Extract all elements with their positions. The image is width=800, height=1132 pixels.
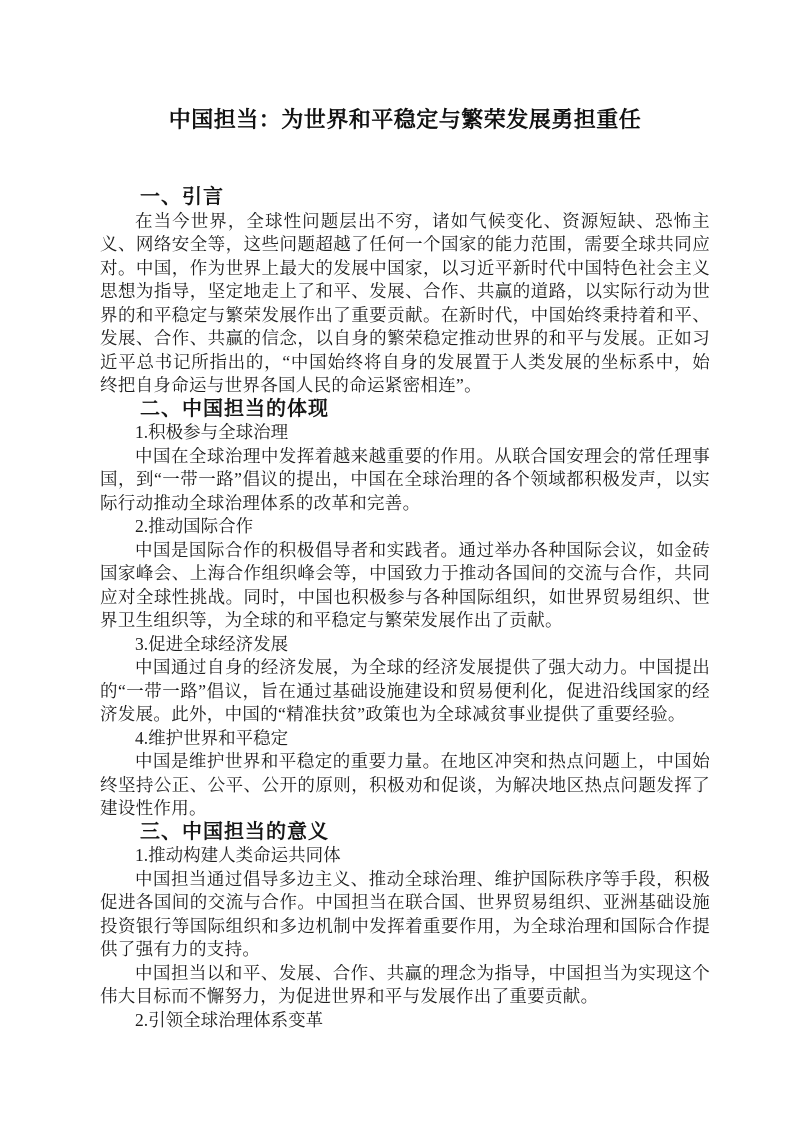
document-content: 中国担当：为世界和平稳定与繁荣发展勇担重任 一、引言 在当今世界，全球性问题层出… <box>0 0 800 1032</box>
section-significance: 三、中国担当的意义 1.推动构建人类命运共同体 中国担当通过倡导多边主义、推动全… <box>100 821 710 1033</box>
subsection-international-cooperation: 2.推动国际合作 中国是国际合作的积极倡导者和实践者。通过举办各种国际会议，如金… <box>100 515 710 633</box>
subsection-heading: 4.维护世界和平稳定 <box>100 727 710 751</box>
body-paragraph: 中国在全球治理中发挥着越来越重要的作用。从联合国安理会的常任理事国，到“一带一路… <box>100 445 710 516</box>
document-title: 中国担当：为世界和平稳定与繁荣发展勇担重任 <box>100 104 710 136</box>
subsection-heading: 2.推动国际合作 <box>100 515 710 539</box>
body-paragraph: 中国通过自身的经济发展，为全球的经济发展提供了强大动力。中国提出的“一带一路”倡… <box>100 656 710 727</box>
subsection-heading: 3.促进全球经济发展 <box>100 633 710 657</box>
body-paragraph: 中国是维护世界和平稳定的重要力量。在地区冲突和热点问题上，中国始终坚持公正、公平… <box>100 750 710 821</box>
section-heading-introduction: 一、引言 <box>100 186 710 210</box>
subsection-world-peace: 4.维护世界和平稳定 中国是维护世界和平稳定的重要力量。在地区冲突和热点问题上，… <box>100 727 710 821</box>
section-introduction: 一、引言 在当今世界，全球性问题层出不穷，诸如气候变化、资源短缺、恐怖主义、网络… <box>100 186 710 398</box>
subsection-heading: 1.推动构建人类命运共同体 <box>100 844 710 868</box>
subsection-global-governance: 1.积极参与全球治理 中国在全球治理中发挥着越来越重要的作用。从联合国安理会的常… <box>100 421 710 515</box>
body-paragraph: 中国担当以和平、发展、合作、共赢的理念为指导，中国担当为实现这个伟大目标而不懈努… <box>100 962 710 1009</box>
body-paragraph: 中国担当通过倡导多边主义、推动全球治理、维护国际秩序等手段，积极促进各国间的交流… <box>100 868 710 962</box>
body-paragraph: 中国是国际合作的积极倡导者和实践者。通过举办各种国际会议，如金砖国家峰会、上海合… <box>100 539 710 633</box>
subsection-community-common-destiny: 1.推动构建人类命运共同体 中国担当通过倡导多边主义、推动全球治理、维护国际秩序… <box>100 844 710 1009</box>
section-heading-significance: 三、中国担当的意义 <box>100 821 710 845</box>
subsection-heading: 1.积极参与全球治理 <box>100 421 710 445</box>
subsection-governance-reform: 2.引领全球治理体系变革 <box>100 1009 710 1033</box>
document-page: 中国担当：为世界和平稳定与繁荣发展勇担重任 一、引言 在当今世界，全球性问题层出… <box>0 0 800 1132</box>
subsection-heading: 2.引领全球治理体系变革 <box>100 1009 710 1033</box>
section-heading-manifestations: 二、中国担当的体现 <box>100 398 710 422</box>
body-paragraph: 在当今世界，全球性问题层出不穷，诸如气候变化、资源短缺、恐怖主义、网络安全等，这… <box>100 210 710 398</box>
section-manifestations: 二、中国担当的体现 1.积极参与全球治理 中国在全球治理中发挥着越来越重要的作用… <box>100 398 710 821</box>
subsection-economic-development: 3.促进全球经济发展 中国通过自身的经济发展，为全球的经济发展提供了强大动力。中… <box>100 633 710 727</box>
